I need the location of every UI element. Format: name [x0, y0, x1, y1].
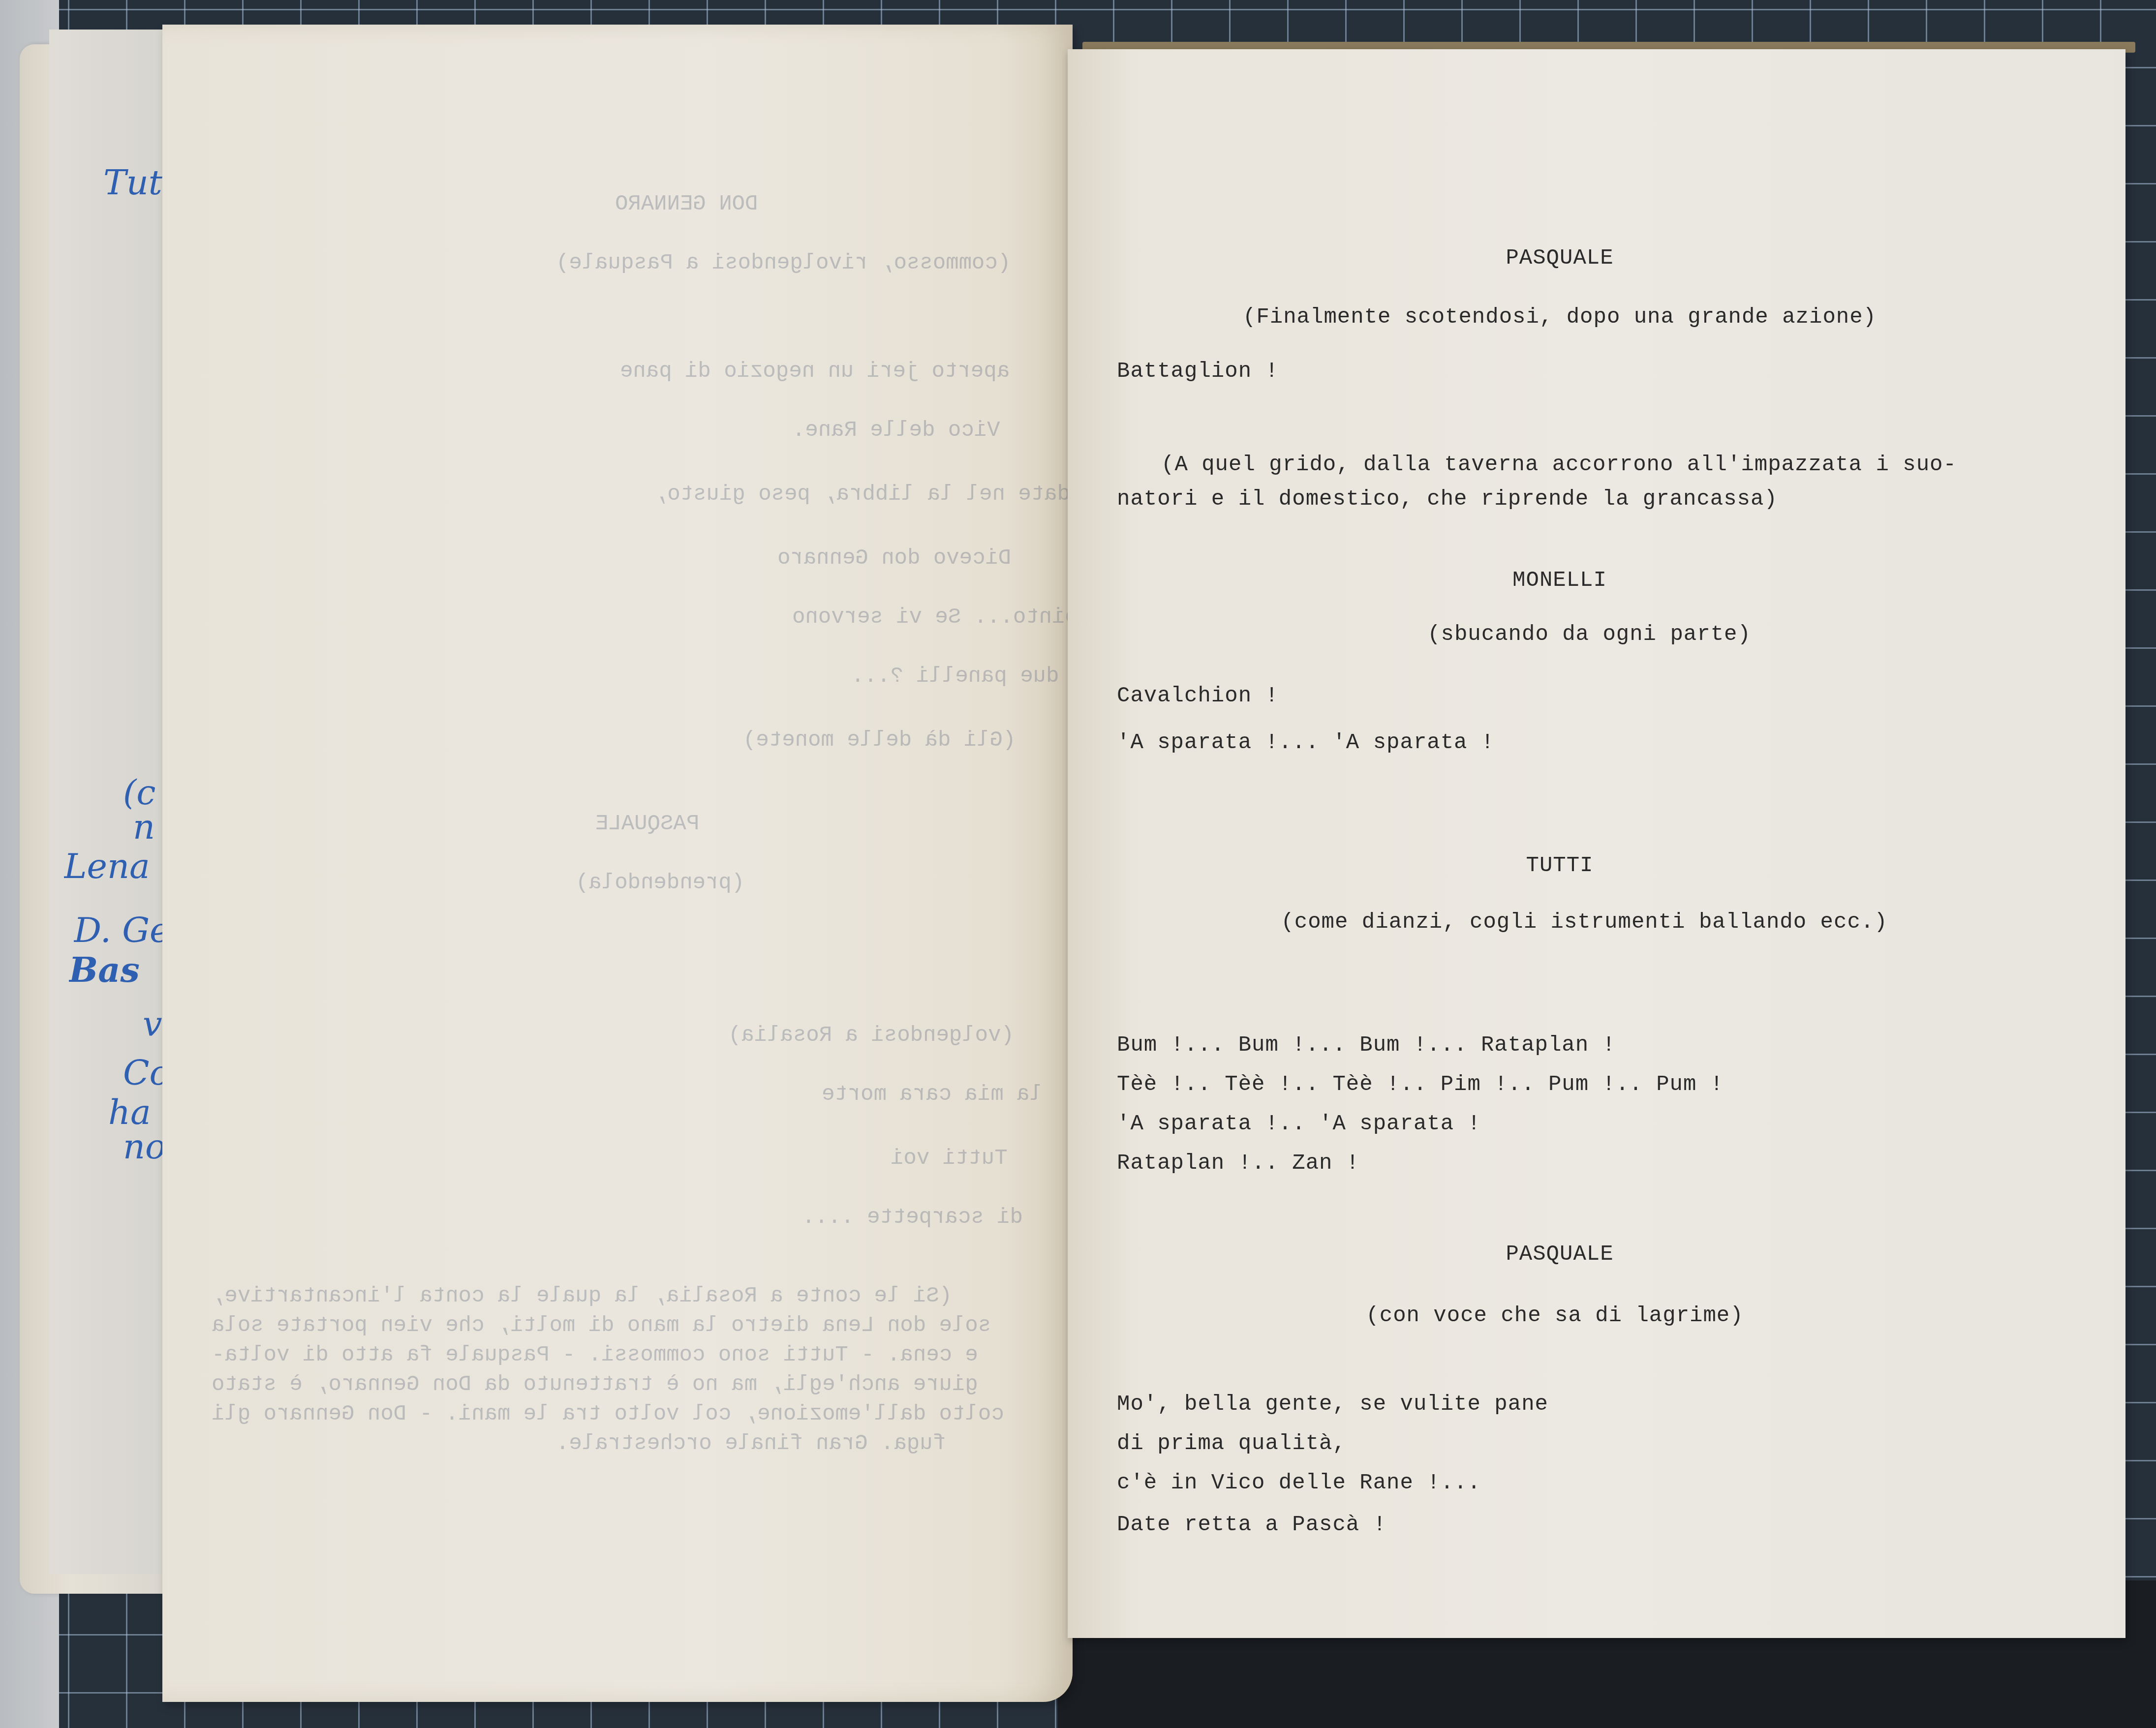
speaker-name: PASQUALE	[1506, 1242, 1613, 1267]
show-through-text: di scarpette ....	[802, 1205, 1023, 1230]
dialogue-line: Rataplan !.. Zan !	[1117, 1151, 1359, 1176]
show-through-text: colto dall'emozione, col volto tra le ma…	[212, 1402, 1004, 1426]
handwritten-note: v	[143, 1003, 162, 1044]
show-through-text: giure anch'egli, ma no è trattenuto da D…	[212, 1372, 978, 1397]
stage-direction: (come dianzi, cogli istrumenti ballando …	[1281, 910, 1887, 935]
dialogue-line: Battaglion !	[1117, 359, 1279, 384]
dialogue-line: di prima qualità,	[1117, 1431, 1346, 1456]
stage-direction: (A quel grido, dalla taverna accorrono a…	[1161, 453, 1957, 477]
dialogue-line: Tèè !.. Tèè !.. Tèè !.. Pim !.. Pum !.. …	[1117, 1072, 1724, 1097]
handwritten-note: Tutti	[103, 162, 162, 203]
show-through-text: e cena. - Tutti sono commossi. - Pasqual…	[212, 1343, 978, 1367]
handwritten-note: no	[123, 1126, 162, 1167]
show-through-text: due panelli ?...	[851, 664, 1059, 689]
dialogue-line: c'è in Vico delle Rane !...	[1117, 1471, 1481, 1495]
speaker-name: MONELLI	[1512, 568, 1607, 593]
speaker-name: PASQUALE	[1506, 246, 1613, 271]
dialogue-line: Bum !... Bum !... Bum !... Rataplan !	[1117, 1033, 1616, 1058]
stage-direction: (con voce che sa di lagrime)	[1366, 1304, 1743, 1328]
stage-direction: (sbucando da ogni parte)	[1427, 622, 1751, 647]
show-through-text: aperto jeri un negozio di pane	[620, 359, 1010, 384]
show-through-text: (commosso, rivolgendosi a Pasquale)	[556, 251, 1011, 275]
stage-direction: natori e il domestico, che riprende la g…	[1117, 487, 1778, 512]
show-through-text: fuga. Gran finale orchestrale.	[556, 1431, 946, 1456]
show-through-text: (Si le conte a Rosalia, la quale la cont…	[212, 1284, 952, 1308]
handwritten-note: Bas	[69, 949, 162, 990]
handwritten-note: Lena	[64, 846, 162, 886]
show-through-text: Dicevo don Gennaro	[777, 546, 1011, 571]
show-through-text: andate nel la libbra, peso giusto,	[654, 482, 1096, 507]
dialogue-line: 'A sparata !... 'A sparata !	[1117, 730, 1494, 755]
speaker-name: TUTTI	[1526, 853, 1593, 878]
show-through-text: Spinto... Se vi servono	[792, 605, 1091, 630]
dialogue-line: 'A sparata !.. 'A sparata !	[1117, 1112, 1481, 1136]
left-page: DON GENNARO (commosso, rivolgendosi a Pa…	[162, 25, 1073, 1702]
show-through-text: PASQUALE	[595, 812, 699, 836]
stage-direction: (Finalmente scotendosi, dopo una grande …	[1243, 305, 1877, 330]
show-through-text: sole don Lena dietro la mano di molti, c…	[212, 1313, 991, 1338]
handwritten-note: Co	[123, 1053, 162, 1093]
dialogue-line: Cavalchion !	[1117, 684, 1279, 708]
show-through-text: la mia cara morte	[822, 1082, 1043, 1107]
handwritten-note: D. Gen	[74, 910, 162, 950]
handwritten-note: n	[133, 807, 162, 847]
show-through-text: (volgendosi a Rosalia)	[728, 1023, 1014, 1048]
dialogue-line: Date retta a Pascà !	[1117, 1513, 1386, 1537]
show-through-text: DON GENNARO	[615, 192, 758, 216]
show-through-text: (prendendola)	[576, 871, 744, 895]
dialogue-line: Mo', bella gente, se vulite pane	[1117, 1392, 1548, 1417]
show-through-text: Vico delle Rane.	[792, 418, 1000, 443]
show-through-text: (Gli dà delle monete)	[743, 728, 1016, 753]
show-through-text: Tutti voi	[891, 1146, 1008, 1171]
